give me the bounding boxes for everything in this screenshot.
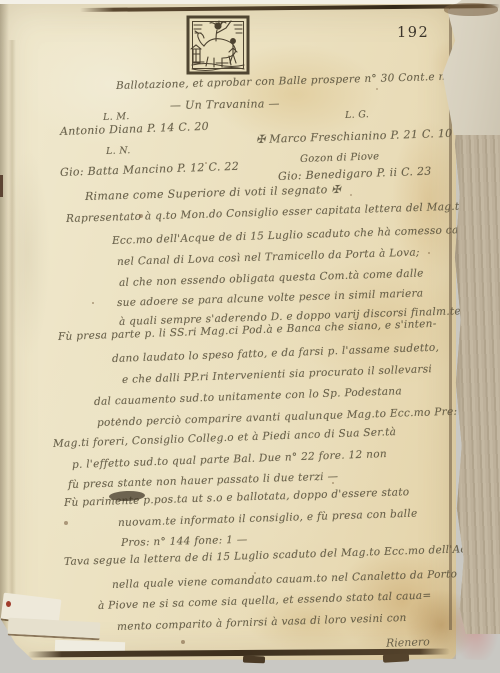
manuscript-line: L. G. <box>345 109 369 121</box>
manuscript-line: — Un Travanina — <box>170 97 280 112</box>
red-speck <box>6 601 11 607</box>
edge-tuft <box>383 653 409 662</box>
woodcut-horseman-stamp <box>186 15 250 75</box>
gutter-fold-shadow <box>8 40 16 625</box>
manuscript-scan: 192 Ballotazione, et aprobar con Balle p… <box>0 0 500 673</box>
edge-tuft <box>243 656 265 664</box>
ink-specks <box>0 0 2 2</box>
left-edge-mark <box>0 175 3 197</box>
manuscript-line: L. N. <box>106 145 131 157</box>
page-number: 192 <box>397 25 429 41</box>
top-edge-smudge <box>444 3 498 16</box>
catchword: Rienero <box>386 635 430 650</box>
manuscript-line: L. M. <box>103 111 130 123</box>
